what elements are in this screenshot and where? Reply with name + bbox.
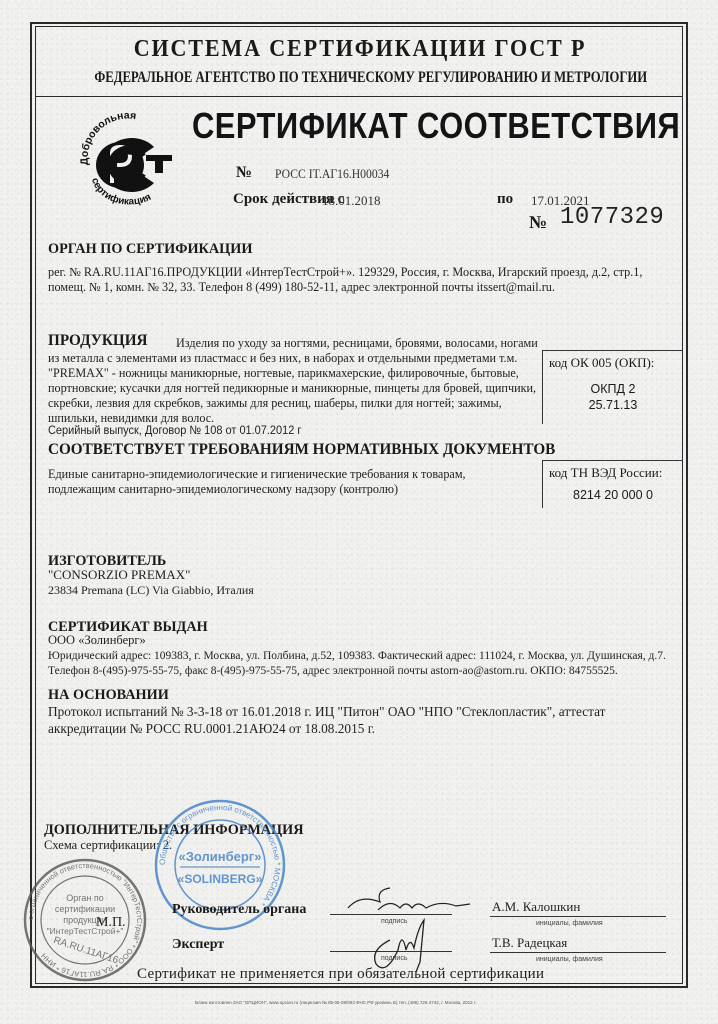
certification-body-details: рег. № RA.RU.11АГ16.ПРОДУКЦИИ «ИнтерТест… <box>48 265 683 295</box>
name-caption: инициалы, фамилия <box>536 956 603 963</box>
serial-release-note: Серийный выпуск, Договор № 108 от 01.07.… <box>48 423 301 437</box>
serial-sign: № <box>529 212 547 233</box>
footer-note: Сертификат не применяется при обязательн… <box>137 966 544 983</box>
printer-imprint: Бланк изготовлен ЗАО "ОПЦИОН", www.opcio… <box>195 1000 476 1005</box>
okp-code: 25.71.13 <box>543 397 683 413</box>
number-sign: № <box>236 164 252 182</box>
expert-name: Т.В. Радецкая <box>492 935 567 951</box>
seal-place-label: М.П. <box>96 915 126 931</box>
additional-info-text: Схема сертификации: 2. <box>44 838 172 853</box>
basis-text: Протокол испытаний № 3-3-18 от 16.01.201… <box>48 703 668 737</box>
tnved-label: код ТН ВЭД России: <box>543 461 683 481</box>
okp-classifier: ОКПД 2 <box>543 381 683 397</box>
tnved-code-box: код ТН ВЭД России: 8214 20 000 0 <box>542 460 683 508</box>
expert-name-line <box>490 952 666 953</box>
additional-info-heading: ДОПОЛНИТЕЛЬНАЯ ИНФОРМАЦИЯ <box>44 822 304 839</box>
conformity-heading: СООТВЕТСТВУЕТ ТРЕБОВАНИЯМ НОРМАТИВНЫХ ДО… <box>48 441 555 459</box>
conformity-documents: Единые санитарно-эпидемиологические и ги… <box>48 467 528 497</box>
certification-body-heading: ОРГАН ПО СЕРТИФИКАЦИИ <box>48 241 252 258</box>
certificate-title: СЕРТИФИКАТ СООТВЕТСТВИЯ <box>192 105 680 147</box>
valid-to-label: по <box>497 191 513 208</box>
blank-serial-number: 1077329 <box>560 204 664 231</box>
valid-from-date: 18.01.2018 <box>322 193 381 209</box>
header-divider <box>36 96 683 97</box>
rst-logo-icon: Добровольная сертификация <box>76 113 180 209</box>
manufacturer-name: "CONSORZIO PREMAX" <box>48 567 190 583</box>
tnved-code: 8214 20 000 0 <box>543 487 683 503</box>
system-title: СИСТЕМА СЕРТИФИКАЦИИ ГОСТ Р <box>62 36 658 63</box>
manufacturer-address: 23834 Premana (LC) Via Giabbio, Италия <box>48 583 254 598</box>
head-name: А.М. Калошкин <box>492 899 580 915</box>
product-heading: ПРОДУКЦИЯ <box>48 332 148 350</box>
issued-to-name: ООО «Золинберг» <box>48 633 146 648</box>
name-caption: инициалы, фамилия <box>536 920 603 927</box>
okp-label: код ОК 005 (ОКП): <box>543 351 683 371</box>
okp-code-box: код ОК 005 (ОКП): ОКПД 2 25.71.13 <box>542 350 683 424</box>
head-name-line <box>490 916 666 917</box>
signature-scribble-icon <box>340 880 480 980</box>
head-of-body-label: Руководитель органа <box>172 902 306 918</box>
expert-label: Эксперт <box>172 937 224 953</box>
issued-to-address: Юридический адрес: 109383, г. Москва, ул… <box>48 649 688 679</box>
basis-heading: НА ОСНОВАНИИ <box>48 687 169 704</box>
certificate-number: РОСС IT.АГ16.Н00034 <box>275 166 389 182</box>
agency-name: ФЕДЕРАЛЬНОЕ АГЕНТСТВО ПО ТЕХНИЧЕСКОМУ РЕ… <box>94 69 625 87</box>
